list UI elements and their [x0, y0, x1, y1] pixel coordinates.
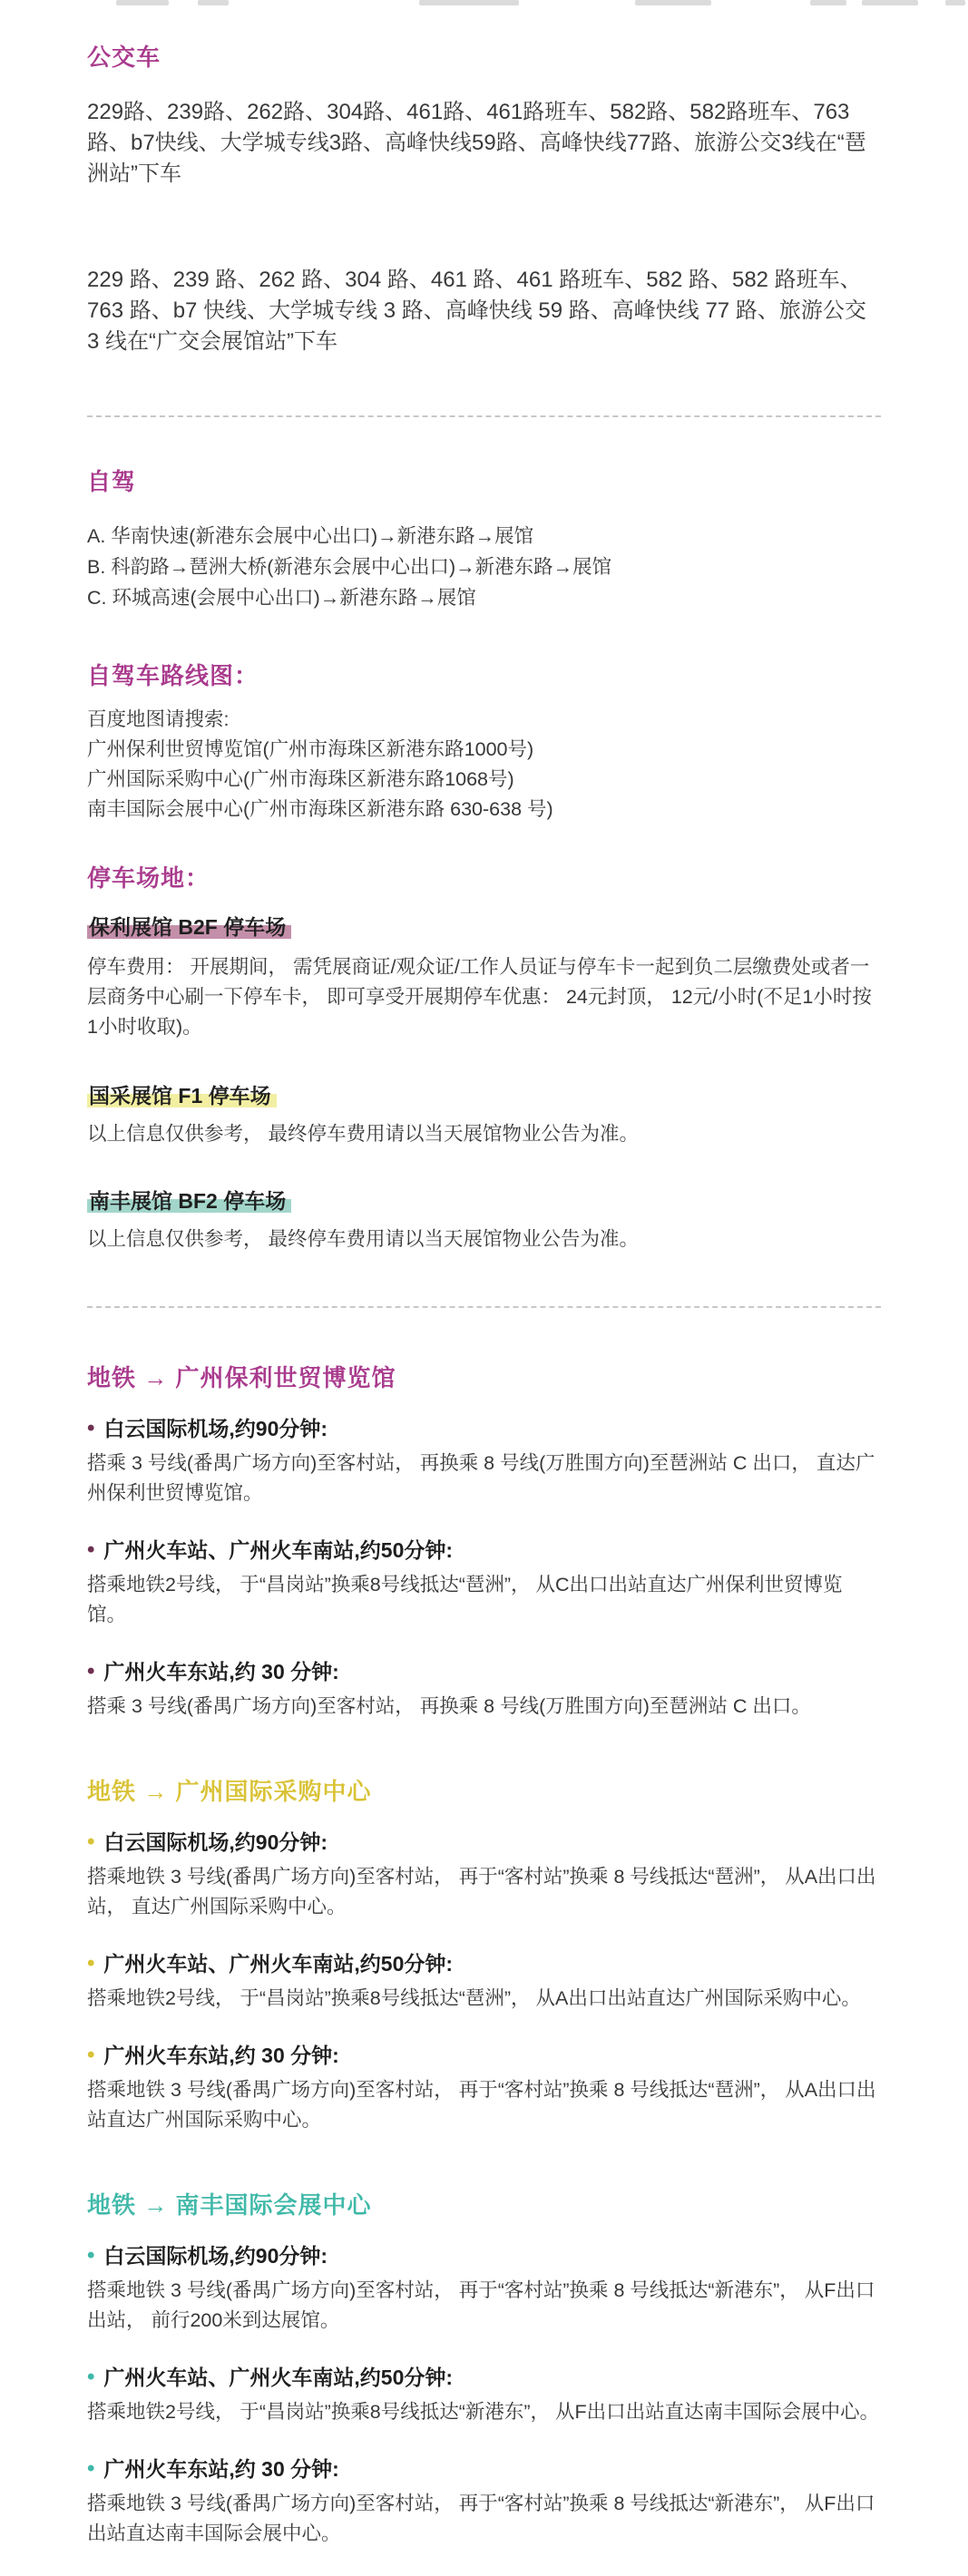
drive-route-a: A. 华南快速(新港东会展中心出口)→新港东路→展馆 — [87, 521, 881, 551]
bullet-dot-icon: • — [87, 1415, 94, 1442]
section-drive-map: 自驾车路线图： 百度地图请搜索: 广州保利世贸博览馆(广州市海珠区新港东路100… — [87, 662, 881, 825]
metro-poly-item2-body: 搭乘地铁2号线， 于“昌岗站”换乘8号线抵达“琶洲”， 从C出口出站直达广州保利… — [87, 1570, 881, 1630]
metro-nanfung-item1-head: •白云国际机场,约90分钟: — [87, 2242, 881, 2270]
self-drive-title: 自驾 — [87, 468, 881, 495]
address-purchase-center: 广州国际采购中心(广州市海珠区新港东路1068号) — [87, 765, 881, 795]
metro-poly-item1-head: •白云国际机场,约90分钟: — [87, 1415, 881, 1443]
bullet-dot-icon: • — [87, 2242, 94, 2269]
parking-lot-poly-name: 保利展馆 B2F 停车场 — [87, 913, 881, 941]
section-parking: 停车场地： 保利展馆 B2F 停车场 停车费用： 开展期间， 需凭展商证/观众证… — [87, 864, 881, 1254]
metro-purchase-item2-head: •广州火车站、广州火车南站,约50分钟: — [87, 1950, 881, 1978]
bullet-dot-icon: • — [87, 1658, 94, 1685]
section-metro-poly-expo: 地铁 → 广州保利世贸博览馆 •白云国际机场,约90分钟: 搭乘 3 号线(番禺… — [87, 1364, 881, 1722]
metro-poly-item2-head: •广州火车站、广州火车南站,约50分钟: — [87, 1537, 881, 1565]
section-self-drive: 自驾 A. 华南快速(新港东会展中心出口)→新港东路→展馆 B. 科韵路→琶洲大… — [87, 468, 881, 613]
parking-lot-guocai-name: 国采展馆 F1 停车场 — [87, 1082, 881, 1109]
metro-nanfung-item2-body: 搭乘地铁2号线， 于“昌岗站”换乘8号线抵达“新港东”， 从F出口出站直达南丰国… — [87, 2397, 881, 2427]
metro-poly-item3-head: •广州火车东站,约 30 分钟: — [87, 1658, 881, 1686]
metro-purchase-item1-body: 搭乘地铁 3 号线(番禺广场方向)至客村站， 再于“客村站”换乘 8 号线抵达“… — [87, 1862, 881, 1922]
bus-routes-canton-fair: 229 路、239 路、262 路、304 路、461 路、461 路班车、58… — [87, 265, 881, 357]
bullet-dot-icon: • — [87, 1950, 94, 1977]
bus-routes-pazhou: 229路、239路、262路、304路、461路、461路班车、582路、582… — [87, 97, 881, 190]
article-page: 公交车 229路、239路、262路、304路、461路、461路班车、582路… — [0, 0, 968, 2576]
metro-purchase-item3-body: 搭乘地铁 3 号线(番禺广场方向)至客村站， 再于“客村站”换乘 8 号线抵达“… — [87, 2075, 881, 2135]
baidu-map-intro: 百度地图请搜索: — [87, 705, 881, 735]
parking-lot-guocai-desc: 以上信息仅供参考， 最终停车费用请以当天展馆物业公告为准。 — [87, 1119, 881, 1149]
metro-nanfung-item2-head: •广州火车站、广州火车南站,约50分钟: — [87, 2364, 881, 2392]
metro-nanfung-item3-body: 搭乘地铁 3 号线(番禺广场方向)至客村站， 再于“客村站”换乘 8 号线抵达“… — [87, 2489, 881, 2549]
parking-lot-nanfung-desc: 以上信息仅供参考， 最终停车费用请以当天展馆物业公告为准。 — [87, 1225, 881, 1254]
metro-poly-title: 地铁 → 广州保利世贸博览馆 — [87, 1364, 881, 1391]
parking-section-title: 停车场地： — [87, 864, 881, 892]
drive-route-c: C. 环城高速(会展中心出口)→新港东路→展馆 — [87, 582, 881, 613]
drive-route-b: B. 科韵路→琶洲大桥(新港东会展中心出口)→新港东路→展馆 — [87, 551, 881, 582]
metro-purchase-title: 地铁 → 广州国际采购中心 — [87, 1778, 881, 1805]
metro-purchase-item3-head: •广州火车东站,约 30 分钟: — [87, 2042, 881, 2070]
metro-purchase-item2-body: 搭乘地铁2号线， 于“昌岗站”换乘8号线抵达“琶洲”， 从A出口出站直达广州国际… — [87, 1984, 881, 2014]
parking-lot-nanfung-name: 南丰展馆 BF2 停车场 — [87, 1187, 881, 1215]
parking-lot-poly-desc: 停车费用： 开展期间， 需凭展商证/观众证/工作人员证与停车卡一起到负二层缴费处… — [87, 952, 881, 1042]
section-metro-purchase-center: 地铁 → 广州国际采购中心 •白云国际机场,约90分钟: 搭乘地铁 3 号线(番… — [87, 1778, 881, 2135]
metro-nanfung-title: 地铁 → 南丰国际会展中心 — [87, 2191, 881, 2219]
address-poly-expo: 广州保利世贸博览馆(广州市海珠区新港东路1000号) — [87, 735, 881, 765]
metro-poly-item1-body: 搭乘 3 号线(番禺广场方向)至客村站， 再换乘 8 号线(万胜围方向)至琶洲站… — [87, 1449, 881, 1508]
metro-nanfung-item3-head: •广州火车东站,约 30 分钟: — [87, 2455, 881, 2483]
clipped-text-remnant — [0, 0, 968, 9]
self-drive-route-list: A. 华南快速(新港东会展中心出口)→新港东路→展馆 B. 科韵路→琶洲大桥(新… — [87, 521, 881, 613]
bullet-dot-icon: • — [87, 2455, 94, 2483]
section-metro-nanfung-center: 地铁 → 南丰国际会展中心 •白云国际机场,约90分钟: 搭乘地铁 3 号线(番… — [87, 2191, 881, 2549]
drive-map-title: 自驾车路线图： — [87, 662, 881, 689]
section-bus: 公交车 229路、239路、262路、304路、461路、461路班车、582路… — [87, 44, 881, 357]
bullet-dot-icon: • — [87, 2042, 94, 2069]
metro-nanfung-item1-body: 搭乘地铁 3 号线(番禺广场方向)至客村站， 再于“客村站”换乘 8 号线抵达“… — [87, 2276, 881, 2336]
metro-poly-item3-body: 搭乘 3 号线(番禺广场方向)至客村站， 再换乘 8 号线(万胜围方向)至琶洲站… — [87, 1692, 881, 1722]
dashed-divider — [87, 1306, 881, 1308]
bullet-dot-icon: • — [87, 2364, 94, 2391]
metro-purchase-item1-head: •白云国际机场,约90分钟: — [87, 1829, 881, 1857]
bullet-dot-icon: • — [87, 1829, 94, 1856]
dashed-divider — [87, 415, 881, 417]
bus-section-title: 公交车 — [87, 44, 881, 71]
address-nanfung-center: 南丰国际会展中心(广州市海珠区新港东路 630-638 号) — [87, 795, 881, 825]
bullet-dot-icon: • — [87, 1537, 94, 1564]
